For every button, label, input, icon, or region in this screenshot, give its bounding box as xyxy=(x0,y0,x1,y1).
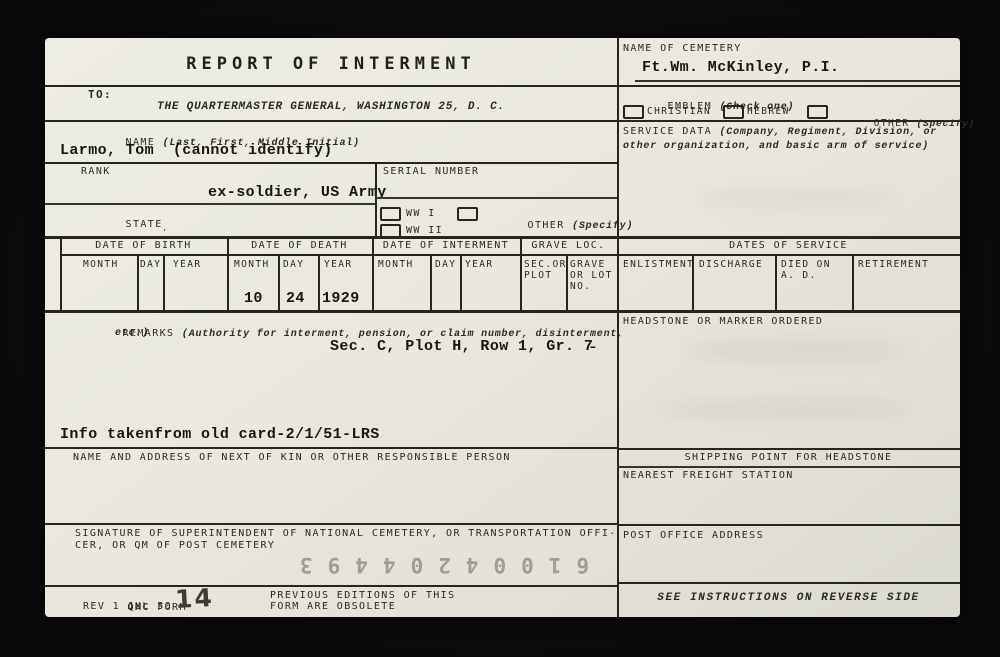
death-year-value: 1929 xyxy=(322,290,360,307)
ww1-label: WW I xyxy=(406,208,436,220)
service-col-border xyxy=(852,254,854,310)
dod-month-label: MONTH xyxy=(234,259,270,271)
band-bottom-line xyxy=(45,310,960,313)
post-office-label: POST OFFICE ADDRESS xyxy=(623,530,764,542)
freight-station-label: NEAREST FREIGHT STATION xyxy=(623,470,794,482)
dob-month-label: MONTH xyxy=(83,259,119,271)
form-title: REPORT OF INTERMENT xyxy=(45,54,617,74)
band-header-underline xyxy=(60,254,960,256)
dob-year-label: YEAR xyxy=(173,259,201,271)
state-stray-mark: , xyxy=(163,224,169,232)
service-data-text: SERVICE DATA xyxy=(623,126,719,137)
service-col-border xyxy=(775,254,777,310)
cemetery-value: Ft.Wm. McKinley, P.I. xyxy=(642,59,839,76)
subcol-border xyxy=(163,254,165,310)
other-war-specify: (Specify) xyxy=(572,221,633,232)
grave-sec-label: SEC.OR PLOT xyxy=(524,259,566,281)
footer-line-right xyxy=(617,582,960,584)
addressee-line: THE QUARTERMASTER GENERAL, WASHINGTON 25… xyxy=(45,101,617,113)
dates-of-service-title: DATES OF SERVICE xyxy=(617,240,960,252)
discharge-label: DISCHARGE xyxy=(699,259,763,271)
hebrew-checkbox[interactable] xyxy=(723,105,744,119)
other-war-label-text: OTHER xyxy=(528,220,573,231)
death-month-value: 10 xyxy=(244,290,263,307)
cemetery-label: NAME OF CEMETERY xyxy=(623,43,742,55)
signature-label-line2: CER, OR QM OF POST CEMETERY xyxy=(75,540,275,552)
other-emblem-checkbox[interactable] xyxy=(807,105,828,119)
dod-year-label: YEAR xyxy=(324,259,352,271)
retirement-label: RETIREMENT xyxy=(858,259,929,271)
bleed-through-smudge xyxy=(655,398,915,420)
remarks-hint-line2: etc.) xyxy=(115,328,149,340)
christian-checkbox[interactable] xyxy=(623,105,644,119)
next-of-kin-label: NAME AND ADDRESS OF NEXT OF KIN OR OTHER… xyxy=(73,452,511,464)
doi-year-label: YEAR xyxy=(465,259,493,271)
serial-number-label: SERIAL NUMBER xyxy=(383,166,479,178)
dod-day-label: DAY xyxy=(283,259,304,271)
ww1-checkbox[interactable] xyxy=(380,207,401,221)
death-day-value: 24 xyxy=(286,290,305,307)
info-source-entry: Info takenfrom old card-2/1/51-LRS xyxy=(60,426,380,443)
divider-line xyxy=(617,524,960,526)
dob-title: DATE OF BIRTH xyxy=(60,240,227,252)
divider-line xyxy=(45,120,960,122)
cemetery-underline xyxy=(635,80,960,82)
dob-day-label: DAY xyxy=(140,259,161,271)
subcol-border xyxy=(430,254,432,310)
grave-loc-title: GRAVE LOC. xyxy=(520,240,617,252)
divider-line xyxy=(45,162,617,164)
divider-line xyxy=(617,466,960,468)
enlistment-label: ENLISTMENT xyxy=(623,259,694,271)
subcol-border xyxy=(278,254,280,310)
divider-line xyxy=(375,197,617,199)
reverse-side-instructions: SEE INSTRUCTIONS ON REVERSE SIDE xyxy=(617,592,960,604)
divider-line xyxy=(45,203,375,205)
interment-form-card: REPORT OF INTERMENT TO: THE QUARTERMASTE… xyxy=(45,38,960,617)
died-on-ad-label: DIED ON A. D. xyxy=(781,259,847,281)
shipping-point-title: SHIPPING POINT FOR HEADSTONE xyxy=(617,452,960,464)
doi-title: DATE OF INTERMENT xyxy=(372,240,520,252)
band-top-line xyxy=(45,236,960,239)
headstone-ordered-label: HEADSTONE OR MARKER ORDERED xyxy=(623,316,823,328)
rank-value: ex-soldier, US Army xyxy=(208,184,387,201)
obsolete-note-line2: FORM ARE OBSOLETE xyxy=(270,601,396,613)
subcol-border xyxy=(318,254,320,310)
bleed-through-smudge xyxy=(685,338,905,364)
other-war-checkbox[interactable] xyxy=(457,207,478,221)
footer-line-left xyxy=(45,585,617,587)
doi-day-label: DAY xyxy=(435,259,456,271)
upside-down-serial-stamp: 61004204493 xyxy=(285,553,589,577)
scanned-document-viewport: REPORT OF INTERMENT TO: THE QUARTERMASTE… xyxy=(0,0,1000,657)
divider-line xyxy=(45,523,617,525)
form-revision: REV 1 JUL 50 xyxy=(83,601,172,613)
dod-title: DATE OF DEATH xyxy=(227,240,372,252)
name-value: Larmo, Tom (cannot identify) xyxy=(60,142,333,159)
divider-line xyxy=(45,85,960,87)
doi-month-label: MONTH xyxy=(378,259,414,271)
to-label: TO: xyxy=(88,89,112,101)
signature-label-line1: SIGNATURE OF SUPERINTENDENT OF NATIONAL … xyxy=(75,528,617,540)
grave-no-label: GRAVE OR LOT NO. xyxy=(570,259,616,292)
christian-label: CHRISTIAN xyxy=(647,106,711,118)
grave-location-entry: Sec. C, Plot H, Row 1, Gr. 7̵ xyxy=(330,338,593,355)
bleed-through-smudge xyxy=(695,188,895,208)
column-border xyxy=(375,162,377,236)
divider-line xyxy=(45,447,617,449)
state-label-text: STATE xyxy=(126,219,163,230)
service-data-label: SERVICE DATA (Company, Regiment, Divisio… xyxy=(623,125,955,153)
divider-line xyxy=(617,448,960,450)
handwritten-form-number: 14 xyxy=(174,583,214,614)
subcol-border xyxy=(137,254,139,310)
hebrew-label: HEBREW xyxy=(747,106,790,118)
subcol-border xyxy=(460,254,462,310)
rank-label: RANK xyxy=(81,166,111,178)
